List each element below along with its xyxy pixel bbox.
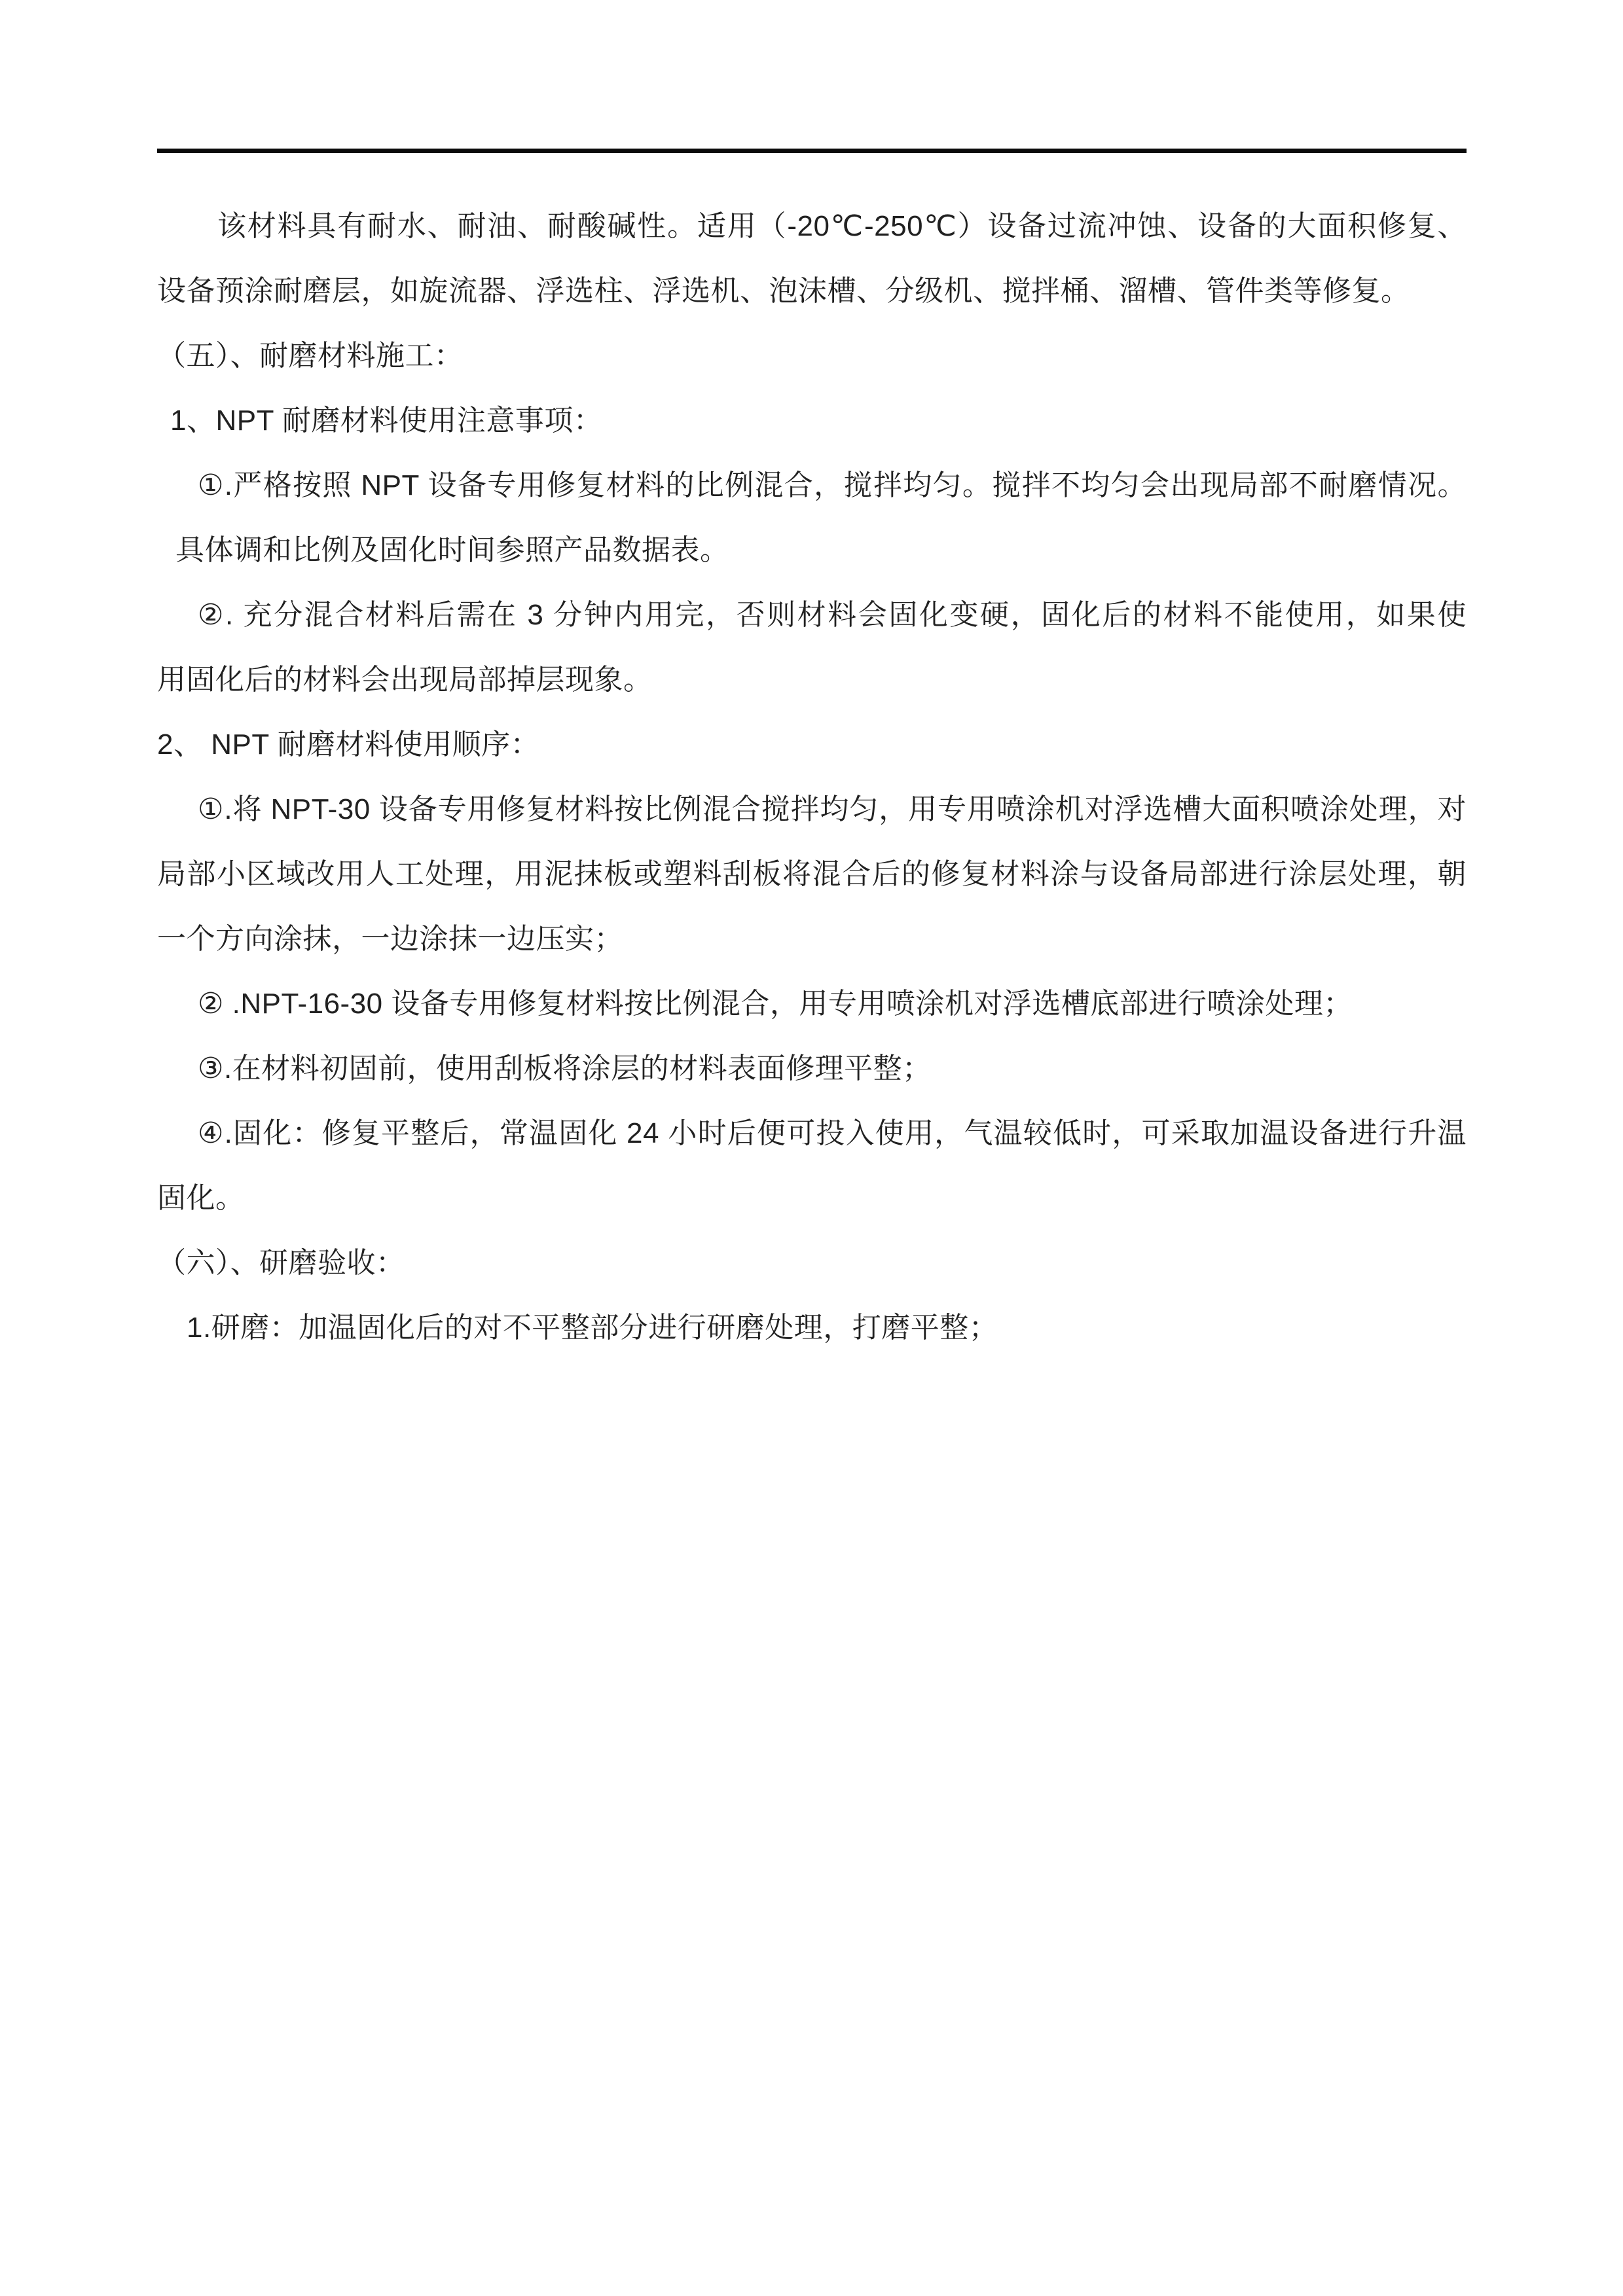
text-line: 用固化后的材料会出现局部掉层现象。 <box>157 647 1467 712</box>
text-line: 一个方向涂抹，一边涂抹一边压实； <box>157 906 1467 971</box>
subsection-heading: 1、NPT 耐磨材料使用注意事项： <box>157 388 1467 453</box>
document-body: 该材料具有耐水、耐油、耐酸碱性。适用（-20℃-250℃）设备过流冲蚀、设备的大… <box>157 194 1467 1360</box>
text-line: 局部小区域改用人工处理，用泥抹板或塑料刮板将混合后的修复材料涂与设备局部进行涂层… <box>157 842 1467 906</box>
text-line: 具体调和比例及固化时间参照产品数据表。 <box>157 518 1467 583</box>
text-line: 1.研磨：加温固化后的对不平整部分进行研磨处理，打磨平整； <box>157 1295 1467 1360</box>
subsection-heading: 2、 NPT 耐磨材料使用顺序： <box>157 712 1467 777</box>
text-line: ② .NPT-16-30 设备专用修复材料按比例混合，用专用喷涂机对浮选槽底部进… <box>157 971 1467 1036</box>
text-line: 设备预涂耐磨层，如旋流器、浮选柱、浮选机、泡沫槽、分级机、搅拌桶、溜槽、管件类等… <box>157 259 1467 323</box>
section-heading: （六）、研磨验收： <box>157 1230 1467 1295</box>
text-line: 该材料具有耐水、耐油、耐酸碱性。适用（-20℃-250℃）设备过流冲蚀、设备的大… <box>157 194 1467 259</box>
text-line: ①.严格按照 NPT 设备专用修复材料的比例混合，搅拌均匀。搅拌不均匀会出现局部… <box>157 453 1467 518</box>
text-line: ①.将 NPT-30 设备专用修复材料按比例混合搅拌均匀，用专用喷涂机对浮选槽大… <box>157 777 1467 842</box>
text-line: ③.在材料初固前，使用刮板将涂层的材料表面修理平整； <box>157 1036 1467 1101</box>
header-rule <box>157 149 1467 153</box>
section-heading: （五）、耐磨材料施工： <box>157 323 1467 388</box>
text-line: ②. 充分混合材料后需在 3 分钟内用完，否则材料会固化变硬，固化后的材料不能使… <box>157 583 1467 647</box>
text-line: 固化。 <box>157 1166 1467 1230</box>
text-line: ④.固化：修复平整后，常温固化 24 小时后便可投入使用，气温较低时，可采取加温… <box>157 1101 1467 1166</box>
